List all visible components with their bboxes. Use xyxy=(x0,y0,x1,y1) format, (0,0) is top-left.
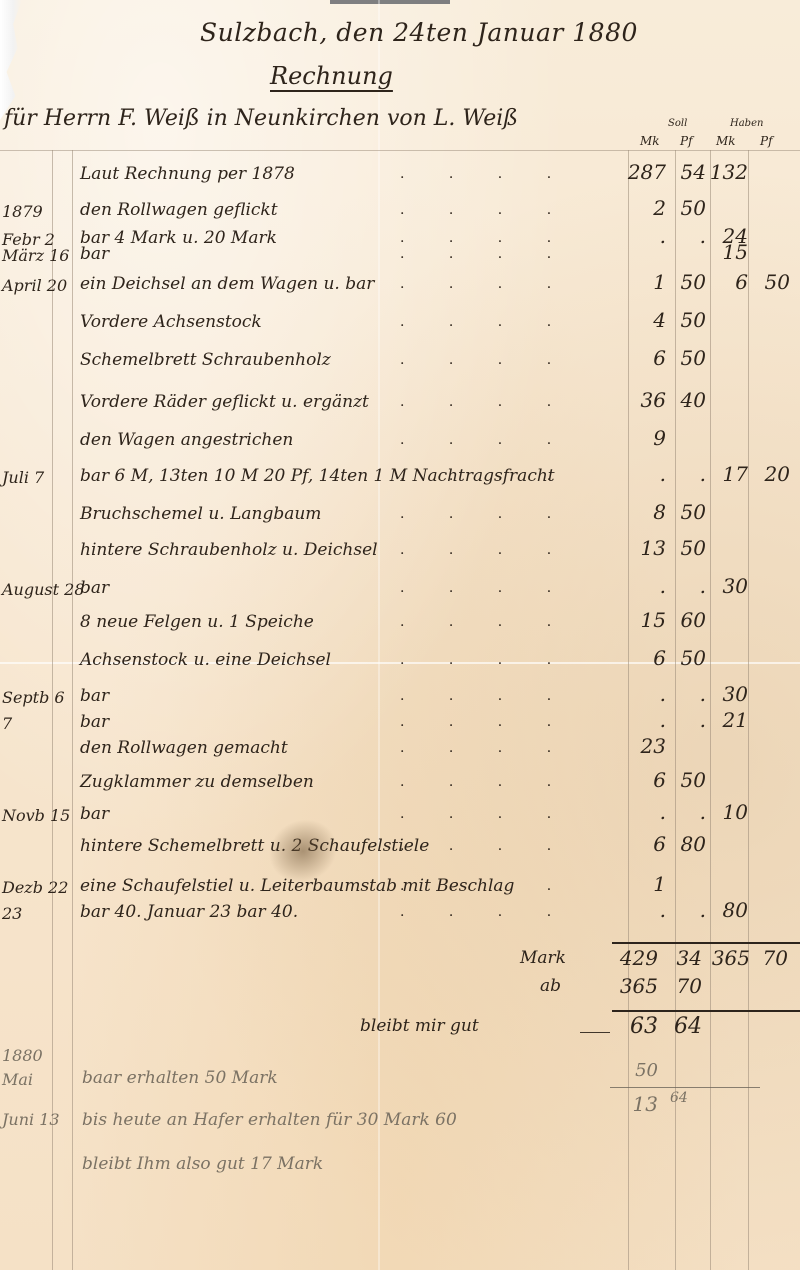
entry-soll-pf: 50 xyxy=(668,646,706,670)
entry-soll-mark: 2 xyxy=(606,196,666,220)
addendum-date-1: Mai xyxy=(2,1070,33,1089)
addendum-text-1: baar erhalten 50 Mark xyxy=(82,1068,278,1088)
minus-mark: 365 xyxy=(600,974,658,998)
total-soll-pf: 34 xyxy=(668,946,702,970)
leader-dots: · · · · xyxy=(400,656,571,672)
entry-soll-mark: 8 xyxy=(606,500,666,524)
balance-rule xyxy=(612,1010,800,1012)
leader-dots: · · · · xyxy=(400,472,571,488)
entry-haben-mark: 10 xyxy=(700,800,748,824)
entry-description: Achsenstock u. eine Deichsel xyxy=(80,650,331,670)
leader-dots: · · · · xyxy=(400,356,571,372)
entry-soll-mark: 6 xyxy=(606,832,666,856)
date-column-rule xyxy=(52,150,53,1270)
leader-dots: · · · · xyxy=(400,398,571,414)
entry-soll-mark: 287 xyxy=(606,160,666,184)
entry-haben-pf: 20 xyxy=(750,462,790,486)
entry-haben-mark: 132 xyxy=(700,160,748,184)
entry-date: Juli 7 xyxy=(2,468,44,487)
haben-mark-header: Mk xyxy=(716,134,736,148)
entry-date: 7 xyxy=(2,714,12,733)
leader-dots: · · · · xyxy=(400,718,571,734)
entry-description: Vordere Achsenstock xyxy=(80,312,262,332)
leader-dots: · · · · xyxy=(400,510,571,526)
entry-description: den Rollwagen geflickt xyxy=(80,200,278,220)
entry-soll-mark: . xyxy=(606,462,666,486)
entry-soll-pf: 60 xyxy=(668,608,706,632)
addendum-mark-2: 13 xyxy=(600,1092,658,1116)
entry-soll-mark: 1 xyxy=(606,872,666,896)
entry-description: hintere Schemelbrett u. 2 Schaufelstiele xyxy=(80,836,429,856)
entry-soll-mark: 23 xyxy=(606,734,666,758)
entry-date: 23 xyxy=(2,904,22,923)
place-date-line: Sulzbach, den 24ten Januar 1880 xyxy=(200,18,638,47)
minus-label: ab xyxy=(540,976,561,996)
total-soll-mark: 429 xyxy=(608,946,658,970)
entry-soll-mark: . xyxy=(606,574,666,598)
entry-soll-mark: . xyxy=(606,800,666,824)
entry-soll-mark: 9 xyxy=(606,426,666,450)
entry-description: bar 40. Januar 23 bar 40. xyxy=(80,902,298,922)
entry-description: bar 4 Mark u. 20 Mark xyxy=(80,228,277,248)
leader-dots: · · · · xyxy=(400,584,571,600)
leader-dots: · · · · xyxy=(400,618,571,634)
entry-soll-pf: 50 xyxy=(668,500,706,524)
entry-haben-mark: 21 xyxy=(700,708,748,732)
leader-dots: · · · · xyxy=(400,810,571,826)
entry-date: August 28 xyxy=(2,580,85,599)
entry-date: März 16 xyxy=(2,246,69,265)
leader-dots: · · · · xyxy=(400,692,571,708)
entry-date: 1879 xyxy=(2,202,43,221)
leader-dots: · · · · xyxy=(400,908,571,924)
totals-rule xyxy=(612,942,800,944)
entry-date: Novb 15 xyxy=(2,806,70,825)
entry-soll-pf: 40 xyxy=(668,388,706,412)
leader-dots: · · · · xyxy=(400,170,571,186)
entry-soll-mark: 6 xyxy=(606,768,666,792)
entry-date: Dezb 22 xyxy=(2,878,68,897)
entry-soll-mark: . xyxy=(606,224,666,248)
haben-pf-rule xyxy=(748,150,749,1270)
entry-description: den Rollwagen gemacht xyxy=(80,738,288,758)
addendum-pf-2: 64 xyxy=(670,1090,688,1106)
balance-mark: 63 xyxy=(600,1014,658,1039)
entry-soll-pf: 50 xyxy=(668,196,706,220)
entry-description: bar xyxy=(80,712,109,732)
soll-mark-header: Mk xyxy=(640,134,660,148)
entry-description: 8 neue Felgen u. 1 Speiche xyxy=(80,612,314,632)
entry-soll-pf: 50 xyxy=(668,768,706,792)
entry-soll-pf: 50 xyxy=(668,536,706,560)
entry-date: April 20 xyxy=(2,276,67,295)
balance-pf: 64 xyxy=(668,1014,702,1039)
entry-description: bar xyxy=(80,578,109,598)
balance-label: bleibt mir gut xyxy=(360,1016,479,1036)
totals-label: Mark xyxy=(520,948,566,968)
entry-haben-mark: 30 xyxy=(700,574,748,598)
entry-soll-mark: 36 xyxy=(606,388,666,412)
entry-haben-mark: 17 xyxy=(700,462,748,486)
entry-soll-mark: . xyxy=(606,898,666,922)
entry-description: bar xyxy=(80,804,109,824)
entry-description: Schemelbrett Schraubenholz xyxy=(80,350,331,370)
entry-soll-pf: 80 xyxy=(668,832,706,856)
leader-dots: · · · · xyxy=(400,234,571,250)
soll-pf-header: Pf xyxy=(680,134,693,148)
entry-soll-mark: 1 xyxy=(606,270,666,294)
leader-dots: · · · · xyxy=(400,842,571,858)
entry-soll-mark: 4 xyxy=(606,308,666,332)
entry-description: Vordere Räder geflickt u. ergänzt xyxy=(80,392,369,412)
addendum-mark-1: 50 xyxy=(600,1060,658,1081)
total-haben-mark: 365 xyxy=(700,946,750,970)
document-title: Rechnung xyxy=(270,62,393,90)
addendum-year: 1880 xyxy=(2,1046,43,1065)
leader-dots: · · · · xyxy=(400,778,571,794)
entry-soll-pf: 50 xyxy=(668,308,706,332)
haben-header: Haben xyxy=(730,118,763,129)
entry-haben-mark: 15 xyxy=(700,240,748,264)
minus-pf: 70 xyxy=(668,974,702,998)
entry-description: Bruchschemel u. Langbaum xyxy=(80,504,321,524)
leader-dots: · · · · xyxy=(400,280,571,296)
leader-dots: · · · · xyxy=(400,250,571,266)
scan-edge-shadow xyxy=(330,0,450,4)
entry-description: den Wagen angestrichen xyxy=(80,430,293,450)
entry-soll-mark: 15 xyxy=(606,608,666,632)
haben-pf-header: Pf xyxy=(760,134,773,148)
desc-column-rule xyxy=(72,150,73,1270)
entry-description: ein Deichsel an dem Wagen u. bar xyxy=(80,274,374,294)
addendum-text-2: bis heute an Hafer erhalten für 30 Mark … xyxy=(82,1110,457,1130)
entry-description: Zugklammer zu demselben xyxy=(80,772,314,792)
leader-dots: · · · · xyxy=(400,318,571,334)
addendum-date-2: Juni 13 xyxy=(2,1110,60,1129)
total-haben-pf: 70 xyxy=(752,946,788,970)
entry-description: hintere Schraubenholz u. Deichsel xyxy=(80,540,378,560)
entry-soll-mark: 13 xyxy=(606,536,666,560)
entry-haben-mark: 80 xyxy=(700,898,748,922)
header-rule xyxy=(0,150,800,151)
addendum-rule xyxy=(610,1087,760,1088)
entry-haben-pf: 50 xyxy=(750,270,790,294)
leader-dots: · · · · xyxy=(400,436,571,452)
entry-soll-mark: . xyxy=(606,682,666,706)
soll-header: Soll xyxy=(668,118,687,129)
leader-dots: · · · · xyxy=(400,546,571,562)
entry-soll-mark: 6 xyxy=(606,646,666,670)
leader-dots: · · · · xyxy=(400,882,571,898)
entry-date: Septb 6 xyxy=(2,688,65,707)
leader-dots: · · · · xyxy=(400,744,571,760)
entry-description: bar xyxy=(80,686,109,706)
addressee-line: für Herrn F. Weiß in Neunkirchen von L. … xyxy=(4,106,518,131)
entry-soll-pf: 50 xyxy=(668,346,706,370)
entry-soll-mark: 6 xyxy=(606,346,666,370)
paper-fold-vertical xyxy=(378,0,380,1270)
entry-description: Laut Rechnung per 1878 xyxy=(80,164,295,184)
addendum-text-3: bleibt Ihm also gut 17 Mark xyxy=(82,1154,323,1174)
leader-dots: · · · · xyxy=(400,206,571,222)
entry-soll-mark: . xyxy=(606,708,666,732)
entry-haben-mark: 30 xyxy=(700,682,748,706)
entry-description: bar xyxy=(80,244,109,264)
entry-haben-mark: 6 xyxy=(700,270,748,294)
